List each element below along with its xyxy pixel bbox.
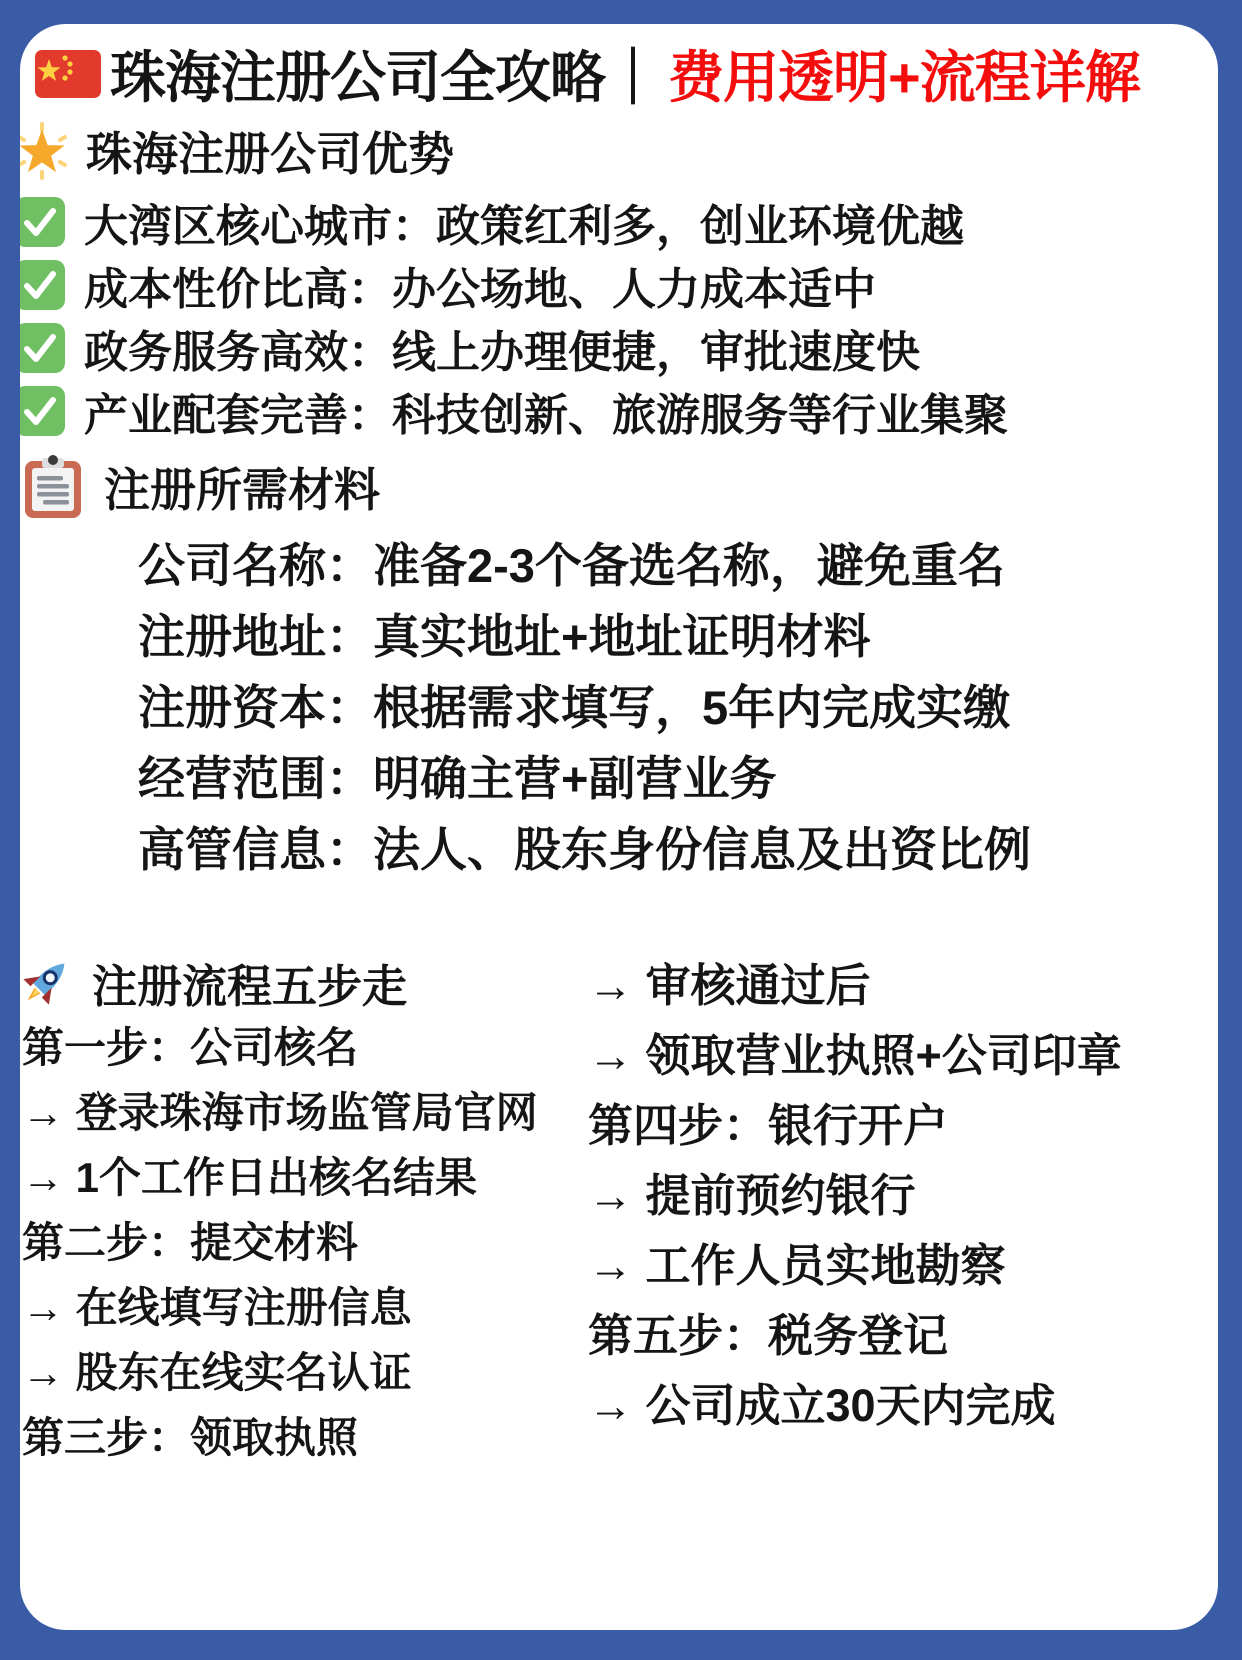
page-title: 珠海注册公司全攻略｜费用透明+流程详解 bbox=[34, 34, 1210, 114]
page-title-highlight: 费用透明+流程详解 bbox=[668, 34, 1140, 114]
advantage-item: 成本性价比高：办公场地、人力成本适中 bbox=[20, 253, 1218, 316]
process-step: 第二步：提交材料 bbox=[22, 1210, 588, 1275]
advantage-item-text: 政务服务高效：线上办理便捷，审批速度快 bbox=[84, 316, 920, 380]
content-card: 珠海注册公司全攻略｜费用透明+流程详解 珠海注册公司优势 bbox=[20, 24, 1218, 1630]
process-step: → 股东在线实名认证 bbox=[22, 1340, 588, 1405]
material-item: 高管信息：法人、股东身份信息及出资比例 bbox=[138, 814, 1218, 885]
process-step: → 提前预约银行 bbox=[588, 1161, 1218, 1231]
green-check-icon bbox=[20, 322, 66, 374]
materials-list: 公司名称：准备2-3个备选名称，避免重名 注册地址：真实地址+地址证明材料 注册… bbox=[138, 530, 1218, 885]
glowing-star-icon bbox=[20, 121, 72, 181]
process-right-column: → 审核通过后 → 领取营业执照+公司印章 第四步：银行开户 → 提前预约银行 … bbox=[588, 949, 1218, 1470]
rocket-icon bbox=[20, 952, 76, 1012]
advantage-item: 产业配套完善：科技创新、旅游服务等行业集聚 bbox=[20, 379, 1218, 442]
advantage-item: 大湾区核心城市：政策红利多，创业环境优越 bbox=[20, 190, 1218, 253]
advantage-item-text: 成本性价比高：办公场地、人力成本适中 bbox=[84, 253, 876, 317]
material-item: 注册资本：根据需求填写，5年内完成实缴 bbox=[138, 672, 1218, 743]
process-section: 注册流程五步走 第一步：公司核名 → 登录珠海市场监管局官网 → 1个工作日出核… bbox=[22, 949, 1218, 1470]
process-step: → 公司成立30天内完成 bbox=[588, 1371, 1218, 1441]
material-item: 公司名称：准备2-3个备选名称，避免重名 bbox=[138, 530, 1218, 601]
advantages-list: 大湾区核心城市：政策红利多，创业环境优越 成本性价比高：办公场地、人力成本适中 … bbox=[20, 190, 1218, 442]
process-step: → 工作人员实地勘察 bbox=[588, 1231, 1218, 1301]
materials-header: 注册所需材料 bbox=[22, 454, 1218, 520]
process-step: → 登录珠海市场监管局官网 bbox=[22, 1080, 588, 1145]
clipboard-icon bbox=[22, 454, 84, 520]
process-step: 第一步：公司核名 bbox=[22, 1015, 588, 1080]
green-check-icon bbox=[20, 259, 66, 311]
materials-header-label: 注册所需材料 bbox=[104, 454, 380, 520]
material-item: 经营范围：明确主营+副营业务 bbox=[138, 743, 1218, 814]
process-step: 第五步：税务登记 bbox=[588, 1301, 1218, 1371]
process-header: 注册流程五步走 bbox=[22, 949, 588, 1015]
process-step: → 领取营业执照+公司印章 bbox=[588, 1021, 1218, 1091]
advantages-header-label: 珠海注册公司优势 bbox=[86, 118, 454, 184]
advantages-header: 珠海注册公司优势 bbox=[20, 118, 1218, 184]
advantage-item-text: 大湾区核心城市：政策红利多，创业环境优越 bbox=[84, 190, 964, 254]
process-step: 第三步：领取执照 bbox=[22, 1405, 588, 1470]
process-header-label: 注册流程五步走 bbox=[92, 950, 407, 1015]
cn-flag-icon bbox=[34, 49, 102, 99]
process-step: → 1个工作日出核名结果 bbox=[22, 1145, 588, 1210]
process-step: 第四步：银行开户 bbox=[588, 1091, 1218, 1161]
green-check-icon bbox=[20, 385, 66, 437]
material-item: 注册地址：真实地址+地址证明材料 bbox=[138, 601, 1218, 672]
page-title-main: 珠海注册公司全攻略｜ bbox=[110, 34, 660, 114]
process-step: → 在线填写注册信息 bbox=[22, 1275, 588, 1340]
process-step: → 审核通过后 bbox=[588, 951, 1218, 1021]
green-check-icon bbox=[20, 196, 66, 248]
advantage-item-text: 产业配套完善：科技创新、旅游服务等行业集聚 bbox=[84, 379, 1008, 443]
process-left-column: 注册流程五步走 第一步：公司核名 → 登录珠海市场监管局官网 → 1个工作日出核… bbox=[22, 949, 588, 1470]
advantage-item: 政务服务高效：线上办理便捷，审批速度快 bbox=[20, 316, 1218, 379]
